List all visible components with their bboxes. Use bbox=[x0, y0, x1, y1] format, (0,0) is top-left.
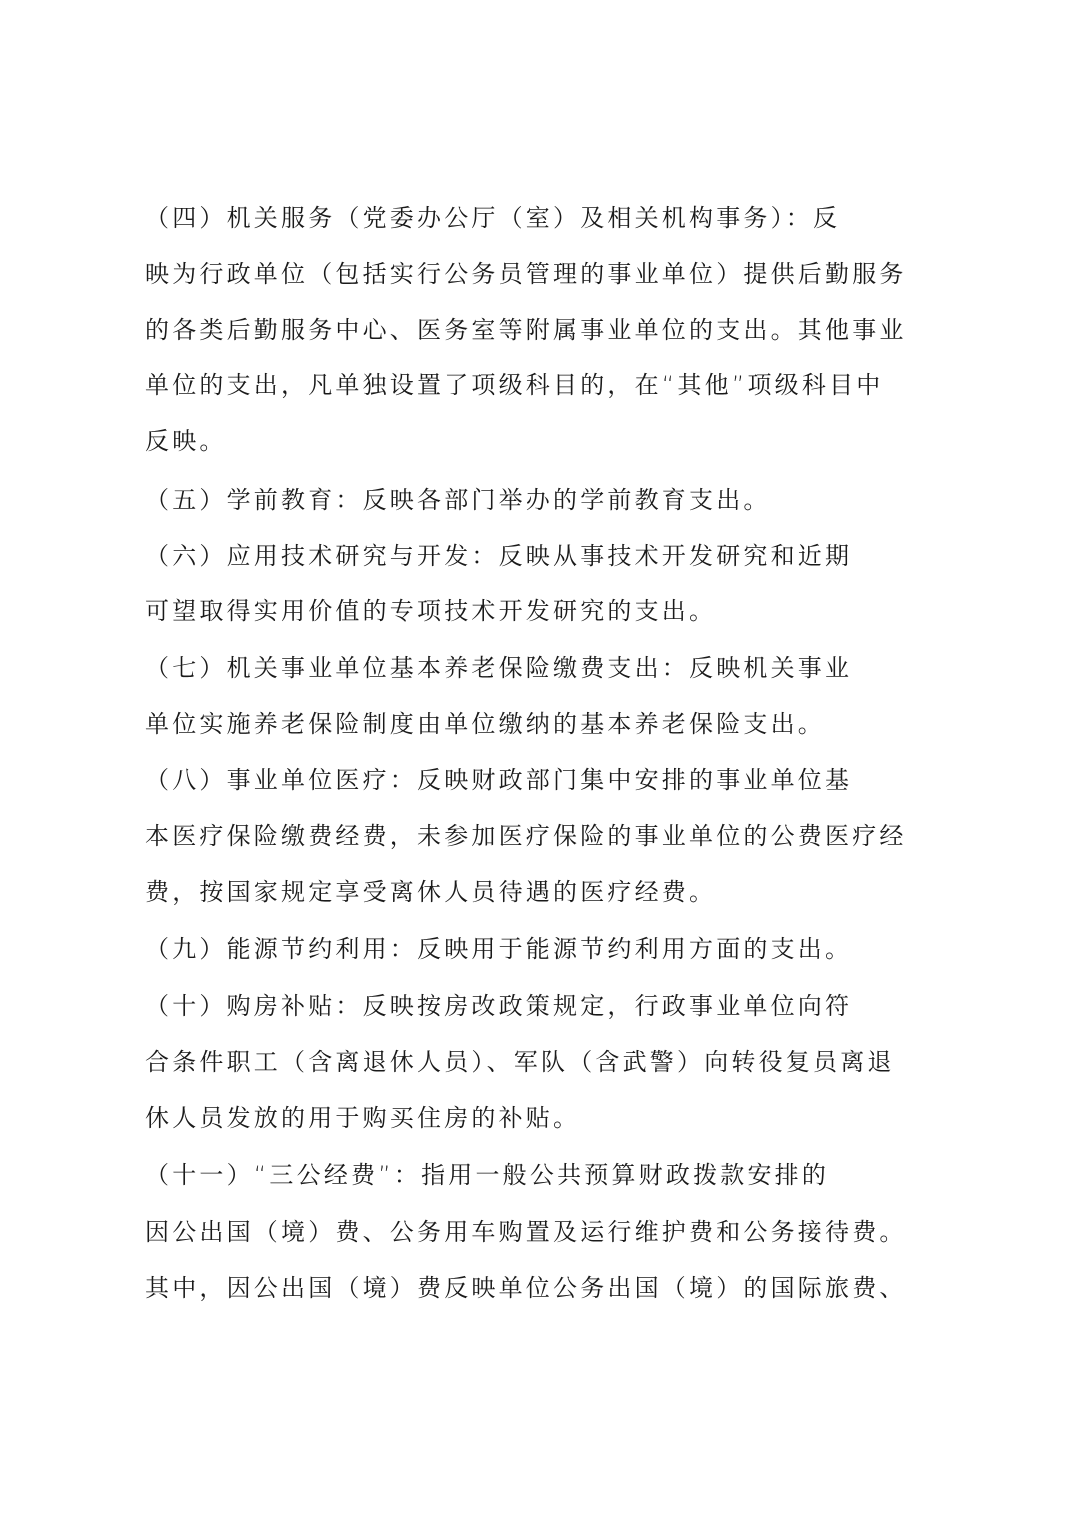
paragraph-4-line-5: 反映。 bbox=[145, 424, 227, 458]
document-page: （四）机关服务（党委办公厅（室）及相关机构事务）：反 映为行政单位（包括实行公务… bbox=[0, 0, 1074, 1520]
paragraph-6-line-2: 可望取得实用价值的专项技术开发研究的支出。 bbox=[145, 594, 716, 628]
paragraph-8-line-1: （八）事业单位医疗：反映财政部门集中安排的事业单位基 bbox=[145, 763, 852, 797]
paragraph-8-line-3: 费，按国家规定享受离休人员待遇的医疗经费。 bbox=[145, 875, 716, 909]
paragraph-5-line-1: （五）学前教育：反映各部门举办的学前教育支出。 bbox=[145, 483, 771, 517]
paragraph-4-line-3: 的各类后勤服务中心、医务室等附属事业单位的支出。其他事业 bbox=[145, 313, 907, 347]
paragraph-4-line-2: 映为行政单位（包括实行公务员管理的事业单位）提供后勤服务 bbox=[145, 257, 907, 291]
paragraph-4-line-1: （四）机关服务（党委办公厅（室）及相关机构事务）：反 bbox=[145, 201, 840, 235]
paragraph-11-line-2: 因公出国（境）费、公务用车购置及运行维护费和公务接待费。 bbox=[145, 1215, 907, 1249]
paragraph-9-line-1: （九）能源节约利用：反映用于能源节约利用方面的支出。 bbox=[145, 932, 852, 966]
paragraph-7-line-1: （七）机关事业单位基本养老保险缴费支出：反映机关事业 bbox=[145, 651, 852, 685]
paragraph-4-line-4: 单位的支出，凡单独设置了项级科目的，在“其他”项级科目中 bbox=[145, 368, 883, 402]
paragraph-10-line-2: 合条件职工（含离退休人员）、军队（含武警）向转役复员离退 bbox=[145, 1045, 895, 1079]
paragraph-10-line-3: 休人员发放的用于购买住房的补贴。 bbox=[145, 1101, 580, 1135]
paragraph-11-line-1: （十一）“三公经费”：指用一般公共预算财政拨款安排的 bbox=[145, 1158, 829, 1192]
paragraph-6-line-1: （六）应用技术研究与开发：反映从事技术开发研究和近期 bbox=[145, 539, 852, 573]
paragraph-7-line-2: 单位实施养老保险制度由单位缴纳的基本养老保险支出。 bbox=[145, 707, 825, 741]
paragraph-11-line-3: 其中，因公出国（境）费反映单位公务出国（境）的国际旅费、 bbox=[145, 1271, 907, 1305]
paragraph-8-line-2: 本医疗保险缴费经费，未参加医疗保险的事业单位的公费医疗经 bbox=[145, 819, 907, 853]
paragraph-10-line-1: （十）购房补贴：反映按房改政策规定，行政事业单位向符 bbox=[145, 989, 852, 1023]
